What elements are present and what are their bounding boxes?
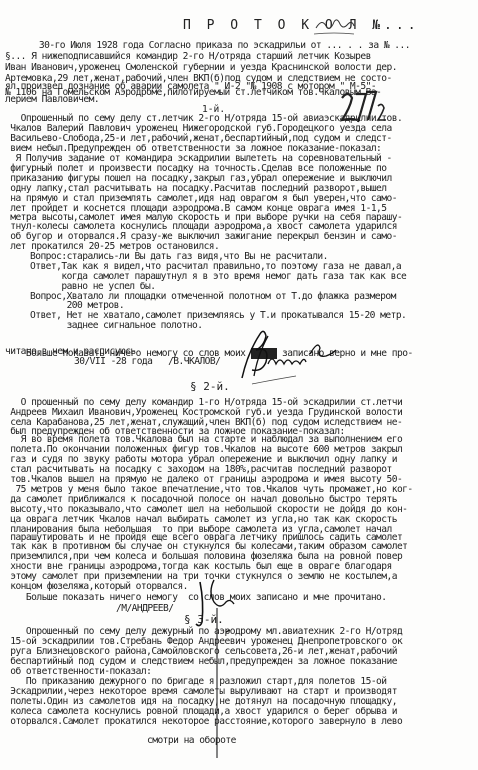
closing-text: записано верно и мне про- <box>282 348 413 359</box>
section-2-line: Больше показать ничего немогу со слов мо… <box>5 592 387 603</box>
andreev-signature <box>190 578 240 758</box>
section-1-date-signature: 30/VII -28 года /В.ЧКАЛОВ/ <box>74 356 220 367</box>
document-title: П Р О Т О К О Л №... <box>183 18 420 33</box>
section-3-line: оторвался.Самолет прокатился некоторое р… <box>5 716 402 727</box>
section-2-line: концом фюзеляжа,который оторвался. <box>5 581 188 592</box>
page-footer: смотри на обороте <box>147 735 236 746</box>
section-3-heading: § 3-й. <box>184 613 224 626</box>
document-page: П Р О Т О К О Л №... 30-го Июля 1928 год… <box>0 0 478 770</box>
qa-line: заднее сигнальное полотно. <box>30 320 202 331</box>
intro-line: лерием Павловичем. <box>5 94 99 105</box>
section-2-signature: /М/АНДРЕЕВ/ <box>116 603 174 614</box>
intro-line: §... Я нижеподписавшийся командир 2-го Н… <box>5 51 371 62</box>
struck-word: xxxxx <box>251 348 277 359</box>
intro-line: 30-го Июля 1928 года Согласно приказа по… <box>18 40 410 51</box>
intro-line: Иван Иванович,уроженец Смоленской губерн… <box>5 62 397 73</box>
section-2-heading: § 2-й. <box>190 380 230 393</box>
